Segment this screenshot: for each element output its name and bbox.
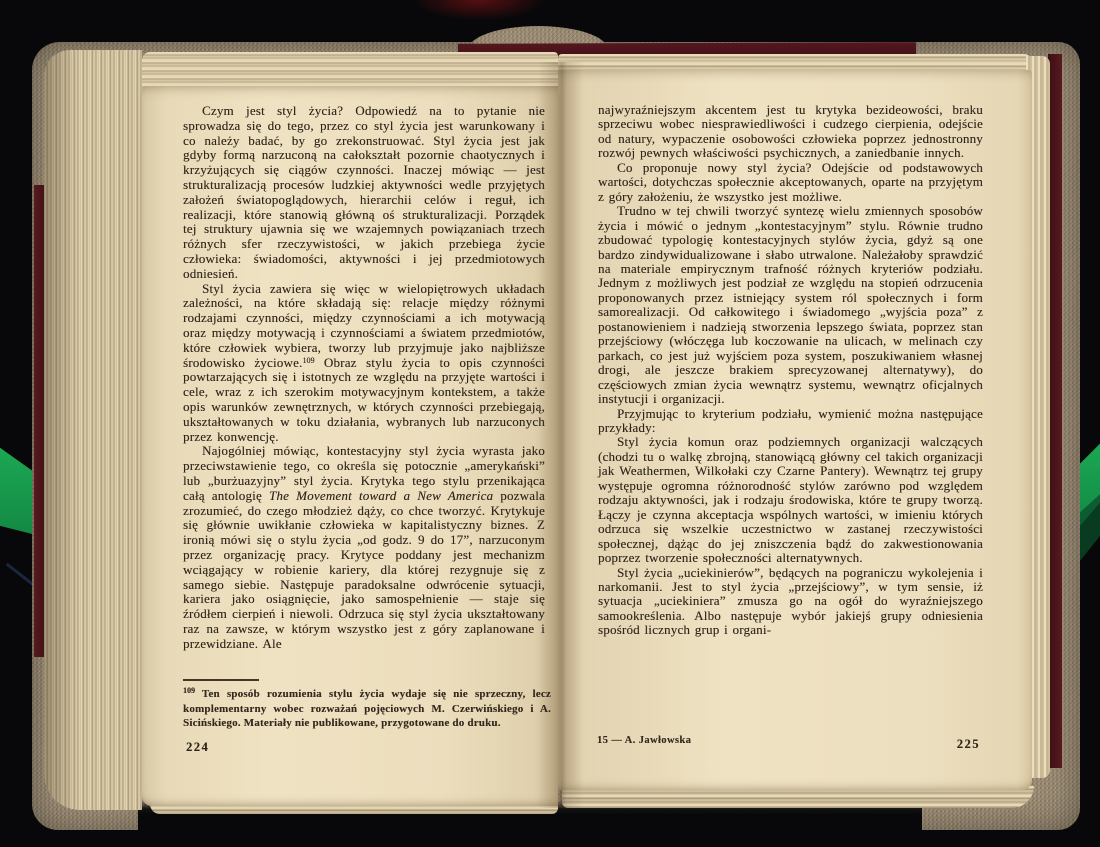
text-run: pozwala zrozumieć, do czego młodzież dąż… (183, 488, 545, 651)
paragraph: Najogólniej mówiąc, kontestacyjny styl ż… (183, 444, 545, 651)
text-run: najwyraźniejszym akcentem jest tu krytyk… (598, 102, 983, 160)
paragraph: Styl życia „uciekinierów”, będących na p… (598, 566, 983, 638)
book-photo: Czym jest styl życia? Odpowiedź na to py… (0, 0, 1100, 847)
page-number-left: 224 (186, 740, 209, 755)
left-page-text: Czym jest styl życia? Odpowiedź na to py… (183, 104, 545, 651)
text-run: Przyjmując to kryterium podziału, wymien… (598, 406, 983, 435)
text-run: Styl życia komun oraz podziemnych organi… (598, 434, 983, 565)
right-page-text: najwyraźniejszym akcentem jest tu krytyk… (598, 103, 983, 638)
text-run: Ten sposób rozumienia stylu życia wydaje… (183, 688, 551, 729)
paragraph: Czym jest styl życia? Odpowiedź na to py… (183, 104, 545, 282)
footnote-rule (183, 679, 259, 681)
text-run: Styl życia „uciekinierów”, będących na p… (598, 565, 983, 638)
paragraph: Trudno w tej chwili tworzyć syntezę wiel… (598, 204, 983, 406)
paragraph: Co proponuje nowy styl życia? Odejście o… (598, 161, 983, 204)
footnote: 109 Ten sposób rozumienia stylu życia wy… (183, 687, 551, 731)
paragraph: najwyraźniejszym akcentem jest tu krytyk… (598, 103, 983, 161)
paragraph: Przyjmując to kryterium podziału, wymien… (598, 407, 983, 436)
text-run: Co proponuje nowy styl życia? Odejście o… (598, 160, 983, 204)
background-red-glow (414, 0, 544, 20)
paragraph: Styl życia komun oraz podziemnych organi… (598, 435, 983, 565)
leather-edge-right (1048, 54, 1062, 768)
paragraph: Styl życia zawiera się więc w wielopiętr… (183, 282, 545, 445)
text-run: Trudno w tej chwili tworzyć syntezę wiel… (598, 203, 983, 406)
superscript-ref: 109 (183, 686, 195, 695)
superscript-ref: 109 (303, 356, 315, 365)
page-stack-left-edge (44, 50, 142, 810)
printer-signature: 15 — A. Jawłowska (597, 735, 691, 746)
italic-text: The Movement toward a New America (269, 488, 493, 503)
page-number-right: 225 (938, 737, 980, 752)
text-run: Czym jest styl życia? Odpowiedź na to py… (183, 103, 545, 281)
